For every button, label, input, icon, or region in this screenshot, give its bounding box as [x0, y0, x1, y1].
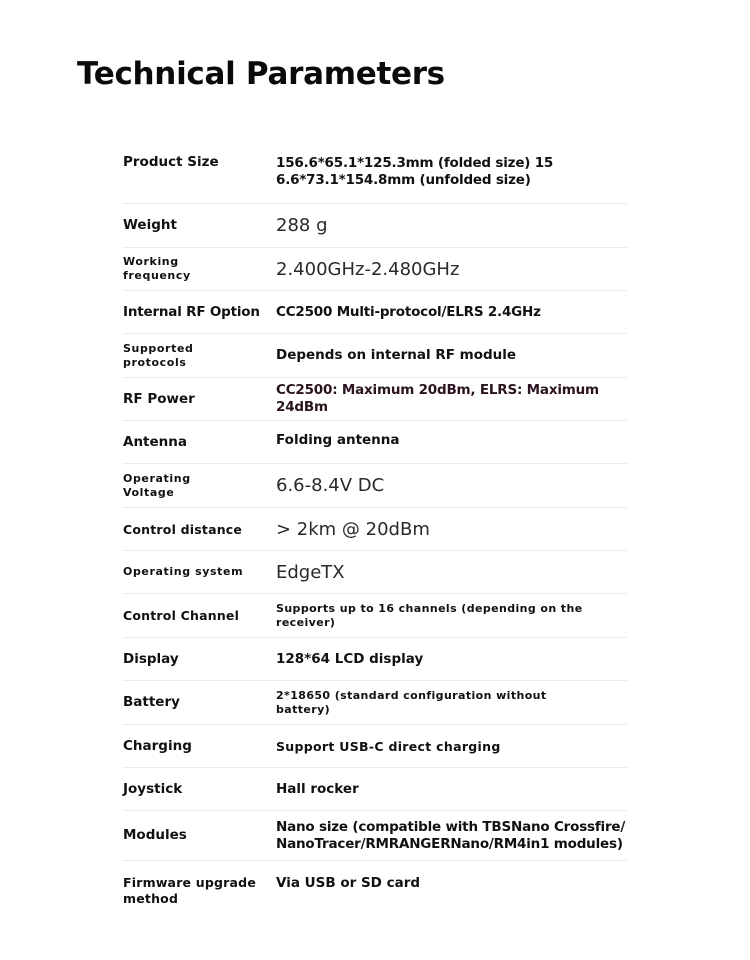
spec-row-supported-protocols: Supported protocols Depends on internal … [123, 334, 627, 378]
spec-label: Operating system [123, 565, 276, 579]
spec-value: 2.400GHz-2.480GHz [276, 261, 627, 278]
spec-row-modules: Modules Nano size (compatible with TBSNa… [123, 811, 627, 861]
spec-label: Joystick [123, 782, 276, 797]
spec-row-antenna: Antenna Folding antenna [123, 421, 627, 464]
spec-row-battery: Battery 2*18650 (standard configuration … [123, 681, 627, 725]
spec-row-firmware-upgrade: Firmware upgrade method Via USB or SD ca… [123, 861, 627, 919]
spec-row-product-size: Product Size 156.6*65.1*125.3mm (folded … [123, 140, 627, 204]
spec-row-operating-voltage: Operating Voltage 6.6-8.4V DC [123, 464, 627, 508]
spec-value: 2*18650 (standard configuration without … [276, 689, 627, 717]
spec-table: Product Size 156.6*65.1*125.3mm (folded … [123, 140, 627, 919]
spec-value: 288 g [276, 217, 627, 234]
spec-value: CC2500 Multi-protocol/ELRS 2.4GHz [276, 304, 627, 321]
spec-label: Working frequency [123, 255, 276, 283]
spec-row-operating-system: Operating system EdgeTX [123, 551, 627, 594]
spec-label: Operating Voltage [123, 472, 276, 500]
spec-label: Supported protocols [123, 342, 276, 370]
spec-row-working-frequency: Working frequency 2.400GHz-2.480GHz [123, 248, 627, 291]
spec-label: Modules [123, 828, 276, 843]
spec-row-display: Display 128*64 LCD display [123, 638, 627, 681]
spec-label: Product Size [123, 155, 276, 170]
spec-row-internal-rf-option: Internal RF Option CC2500 Multi-protocol… [123, 291, 627, 334]
spec-value: Via USB or SD card [276, 875, 627, 892]
spec-row-charging: Charging Support USB-C direct charging [123, 725, 627, 768]
spec-value: Hall rocker [276, 781, 627, 798]
spec-value: Support USB-C direct charging [276, 738, 627, 755]
spec-row-control-channel: Control Channel Supports up to 16 channe… [123, 594, 627, 638]
spec-value: 128*64 LCD display [276, 651, 627, 668]
spec-label: Display [123, 652, 276, 667]
spec-label: RF Power [123, 392, 276, 407]
spec-row-joystick: Joystick Hall rocker [123, 768, 627, 811]
spec-value: 6.6-8.4V DC [276, 477, 627, 494]
spec-value: CC2500: Maximum 20dBm, ELRS: Maximum 24d… [276, 382, 627, 416]
spec-row-rf-power: RF Power CC2500: Maximum 20dBm, ELRS: Ma… [123, 378, 627, 421]
spec-value: Nano size (compatible with TBSNano Cross… [276, 819, 627, 853]
spec-label: Firmware upgrade method [123, 875, 276, 907]
spec-value: Supports up to 16 channels (depending on… [276, 602, 627, 630]
spec-label: Control Channel [123, 608, 276, 623]
spec-label: Weight [123, 218, 276, 233]
page-title: Technical Parameters [77, 56, 445, 92]
spec-value: > 2km @ 20dBm [276, 521, 627, 538]
spec-row-control-distance: Control distance > 2km @ 20dBm [123, 508, 627, 551]
spec-label: Internal RF Option [123, 305, 276, 320]
spec-value: EdgeTX [276, 564, 627, 581]
spec-value: Depends on internal RF module [276, 347, 627, 364]
spec-label: Charging [123, 739, 276, 754]
spec-value: 156.6*65.1*125.3mm (folded size) 15 6.6*… [276, 155, 627, 189]
spec-row-weight: Weight 288 g [123, 204, 627, 248]
spec-label: Antenna [123, 435, 276, 450]
spec-value: Folding antenna [276, 432, 627, 449]
spec-label: Control distance [123, 522, 276, 537]
spec-label: Battery [123, 695, 276, 710]
